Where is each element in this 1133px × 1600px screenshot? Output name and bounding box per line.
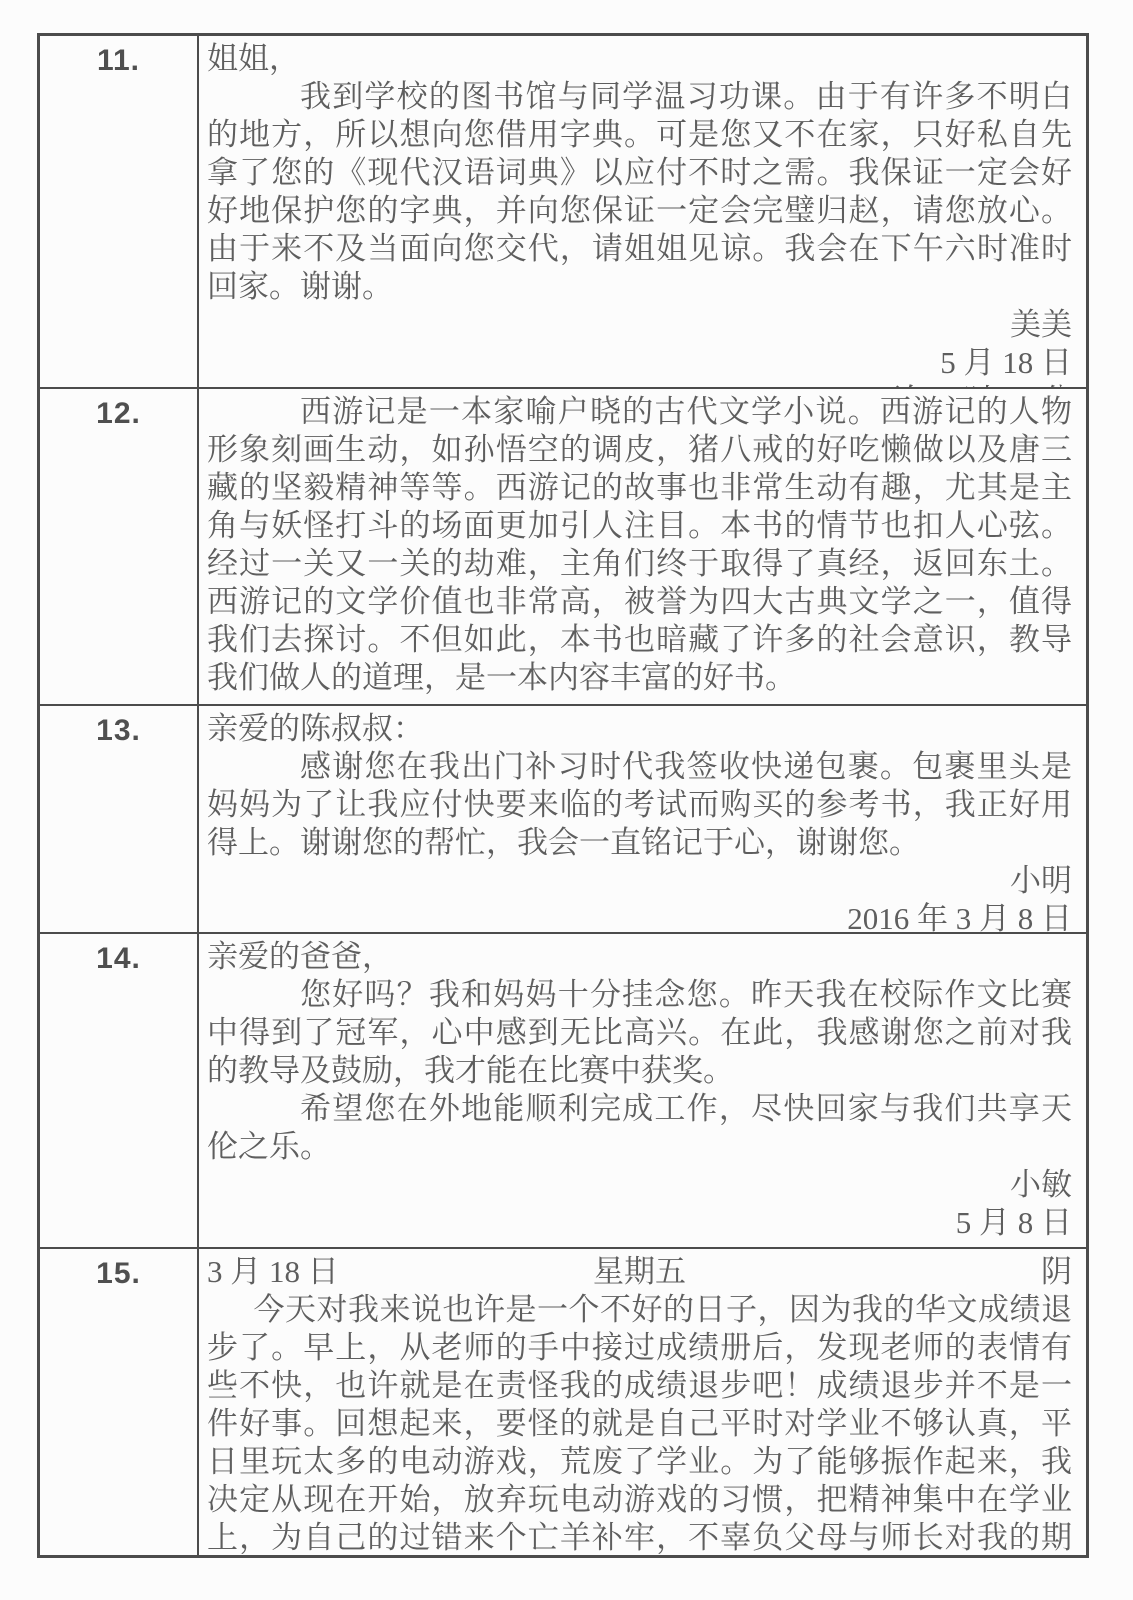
diary-weather: 阴 (784, 1253, 1072, 1291)
signature-time-11: 下午 2 时 10 分 (207, 382, 1072, 387)
scanned-page: 11. 姐姐， 我到学校的图书馆与同学温习功课。由于有许多不明白的地方，所以想向… (0, 0, 1133, 1600)
salutation-14: 亲爱的爸爸， (207, 938, 1072, 976)
body-paragraph-12: 西游记是一本家喻户晓的古代文学小说。西游记的人物形象刻画生动，如孙悟空的调皮，猪… (207, 393, 1072, 697)
table-row-12: 12. 西游记是一本家喻户晓的古代文学小说。西游记的人物形象刻画生动，如孙悟空的… (40, 389, 1086, 706)
salutation-11: 姐姐， (207, 40, 1072, 78)
composition-15: 3 月 18 日 星期五 阴 今天对我来说也许是一个不好的日子，因为我的华文成绩… (199, 1249, 1086, 1555)
composition-12: 西游记是一本家喻户晓的古代文学小说。西游记的人物形象刻画生动，如孙悟空的调皮，猪… (199, 389, 1086, 704)
item-number-13: 13. (40, 706, 199, 932)
signature-name-13: 小明 (207, 862, 1072, 900)
compositions-table: 11. 姐姐， 我到学校的图书馆与同学温习功课。由于有许多不明白的地方，所以想向… (37, 33, 1089, 1558)
signature-date-14: 5 月 8 日 (207, 1204, 1072, 1242)
body-paragraph-14a: 您好吗？我和妈妈十分挂念您。昨天我在校际作文比赛中得到了冠军，心中感到无比高兴。… (207, 976, 1072, 1090)
table-row-13: 13. 亲爱的陈叔叔： 感谢您在我出门补习时代我签收快递包裹。包裹里头是妈妈为了… (40, 706, 1086, 934)
table-row-15: 15. 3 月 18 日 星期五 阴 今天对我来说也许是一个不好的日子，因为我的… (40, 1249, 1086, 1555)
table-row-11: 11. 姐姐， 我到学校的图书馆与同学温习功课。由于有许多不明白的地方，所以想向… (40, 36, 1086, 389)
signature-name-14: 小敏 (207, 1166, 1072, 1204)
signature-date-13: 2016 年 3 月 8 日 (207, 900, 1072, 932)
item-number-14: 14. (40, 934, 199, 1247)
body-paragraph-14b: 希望您在外地能顺利完成工作，尽快回家与我们共享天伦之乐。 (207, 1090, 1072, 1166)
body-paragraph-15: 今天对我来说也许是一个不好的日子，因为我的华文成绩退步了。早上，从老师的手中接过… (207, 1291, 1072, 1555)
signature-date-11: 5 月 18 日 (207, 344, 1072, 382)
salutation-13: 亲爱的陈叔叔： (207, 710, 1072, 748)
diary-weekday: 星期五 (495, 1253, 783, 1291)
diary-date: 3 月 18 日 (207, 1253, 495, 1291)
item-number-11: 11. (40, 36, 199, 387)
composition-14: 亲爱的爸爸， 您好吗？我和妈妈十分挂念您。昨天我在校际作文比赛中得到了冠军，心中… (199, 934, 1086, 1247)
signature-name-11: 美美 (207, 306, 1072, 344)
item-number-12: 12. (40, 389, 199, 704)
body-paragraph-11: 我到学校的图书馆与同学温习功课。由于有许多不明白的地方，所以想向您借用字典。可是… (207, 78, 1072, 306)
item-number-15: 15. (40, 1249, 199, 1555)
table-row-14: 14. 亲爱的爸爸， 您好吗？我和妈妈十分挂念您。昨天我在校际作文比赛中得到了冠… (40, 934, 1086, 1249)
body-paragraph-13: 感谢您在我出门补习时代我签收快递包裹。包裹里头是妈妈为了让我应付快要来临的考试而… (207, 748, 1072, 862)
diary-header: 3 月 18 日 星期五 阴 (207, 1253, 1072, 1291)
composition-11: 姐姐， 我到学校的图书馆与同学温习功课。由于有许多不明白的地方，所以想向您借用字… (199, 36, 1086, 387)
composition-13: 亲爱的陈叔叔： 感谢您在我出门补习时代我签收快递包裹。包裹里头是妈妈为了让我应付… (199, 706, 1086, 932)
